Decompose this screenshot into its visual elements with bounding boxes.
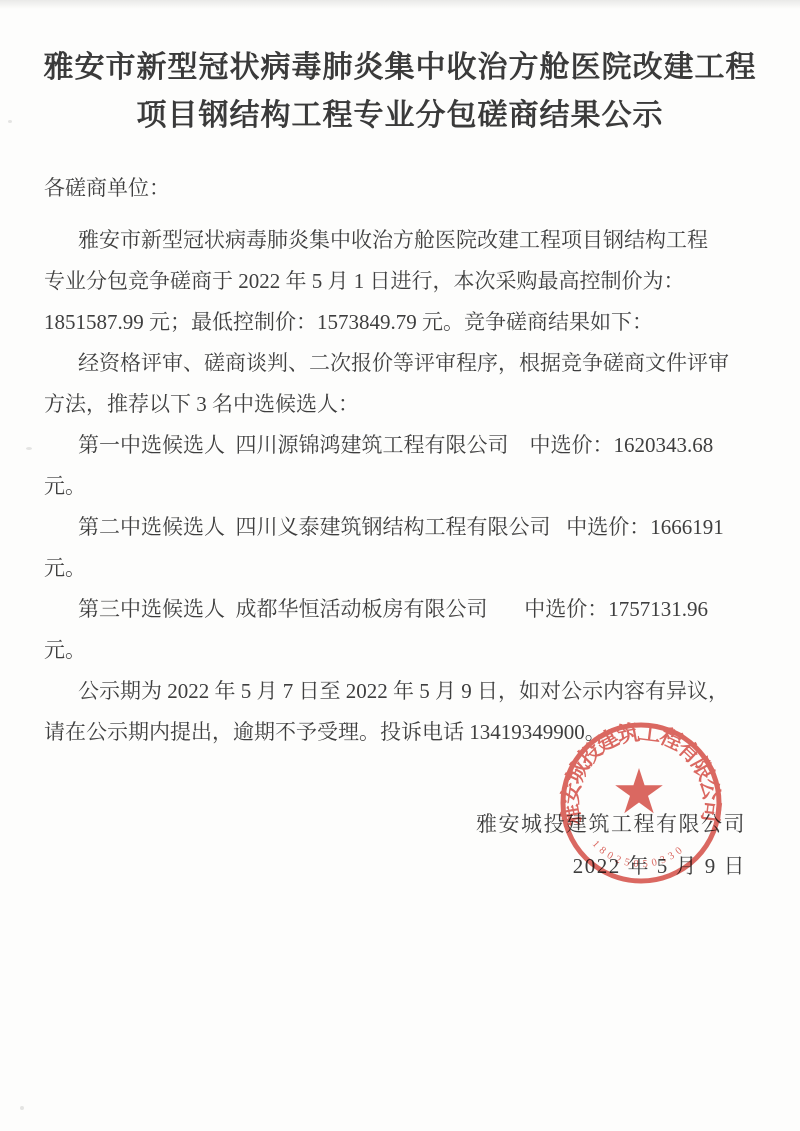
body-line: 元。 xyxy=(44,466,758,507)
signature-block: 雅安城投建筑工程有限公司 2022 年 5 月 9 日 xyxy=(476,803,746,887)
page-title: 雅安市新型冠状病毒肺炎集中收治方舱医院改建工程 项目钢结构工程专业分包磋商结果公… xyxy=(28,44,772,140)
page-title-line1: 雅安市新型冠状病毒肺炎集中收治方舱医院改建工程 xyxy=(28,44,772,92)
body-line-candidate-1: 第一中选候选人 四川源锦鸿建筑工程有限公司 中选价：1620343.68 xyxy=(44,425,758,466)
scan-artifact xyxy=(8,120,12,123)
document-page: 雅安市新型冠状病毒肺炎集中收治方舱医院改建工程 项目钢结构工程专业分包磋商结果公… xyxy=(0,0,800,1131)
salutation: 各磋商单位： xyxy=(44,168,758,209)
body-line-candidate-2: 第二中选候选人 四川义泰建筑钢结构工程有限公司 中选价：1666191 xyxy=(44,507,758,548)
signature-company: 雅安城投建筑工程有限公司 xyxy=(476,803,746,845)
scan-artifact xyxy=(26,447,32,450)
body-line-candidate-3: 第三中选候选人 成都华恒活动板房有限公司 中选价：1757131.96 xyxy=(44,589,758,630)
scan-artifact xyxy=(20,1106,24,1110)
page-title-line2: 项目钢结构工程专业分包磋商结果公示 xyxy=(28,92,772,140)
body-line: 公示期为 2022 年 5 月 7 日至 2022 年 5 月 9 日，如对公示… xyxy=(44,671,758,712)
body-line: 专业分包竞争磋商于 2022 年 5 月 1 日进行，本次采购最高控制价为： xyxy=(44,261,758,302)
scan-edge-shadow xyxy=(0,0,800,9)
body-line: 元。 xyxy=(44,548,758,589)
document-body: 各磋商单位： 雅安市新型冠状病毒肺炎集中收治方舱医院改建工程项目钢结构工程 专业… xyxy=(44,168,758,753)
body-line: 经资格评审、磋商谈判、二次报价等评审程序，根据竞争磋商文件评审 xyxy=(44,343,758,384)
body-line: 元。 xyxy=(44,630,758,671)
body-line: 方法，推荐以下 3 名中选候选人： xyxy=(44,384,758,425)
signature-date: 2022 年 5 月 9 日 xyxy=(476,845,746,887)
body-line: 1851587.99 元；最低控制价：1573849.79 元。竞争磋商结果如下… xyxy=(44,302,758,343)
body-line: 请在公示期内提出，逾期不予受理。投诉电话 13419349900。 xyxy=(44,712,758,753)
body-line: 雅安市新型冠状病毒肺炎集中收治方舱医院改建工程项目钢结构工程 xyxy=(44,220,758,261)
